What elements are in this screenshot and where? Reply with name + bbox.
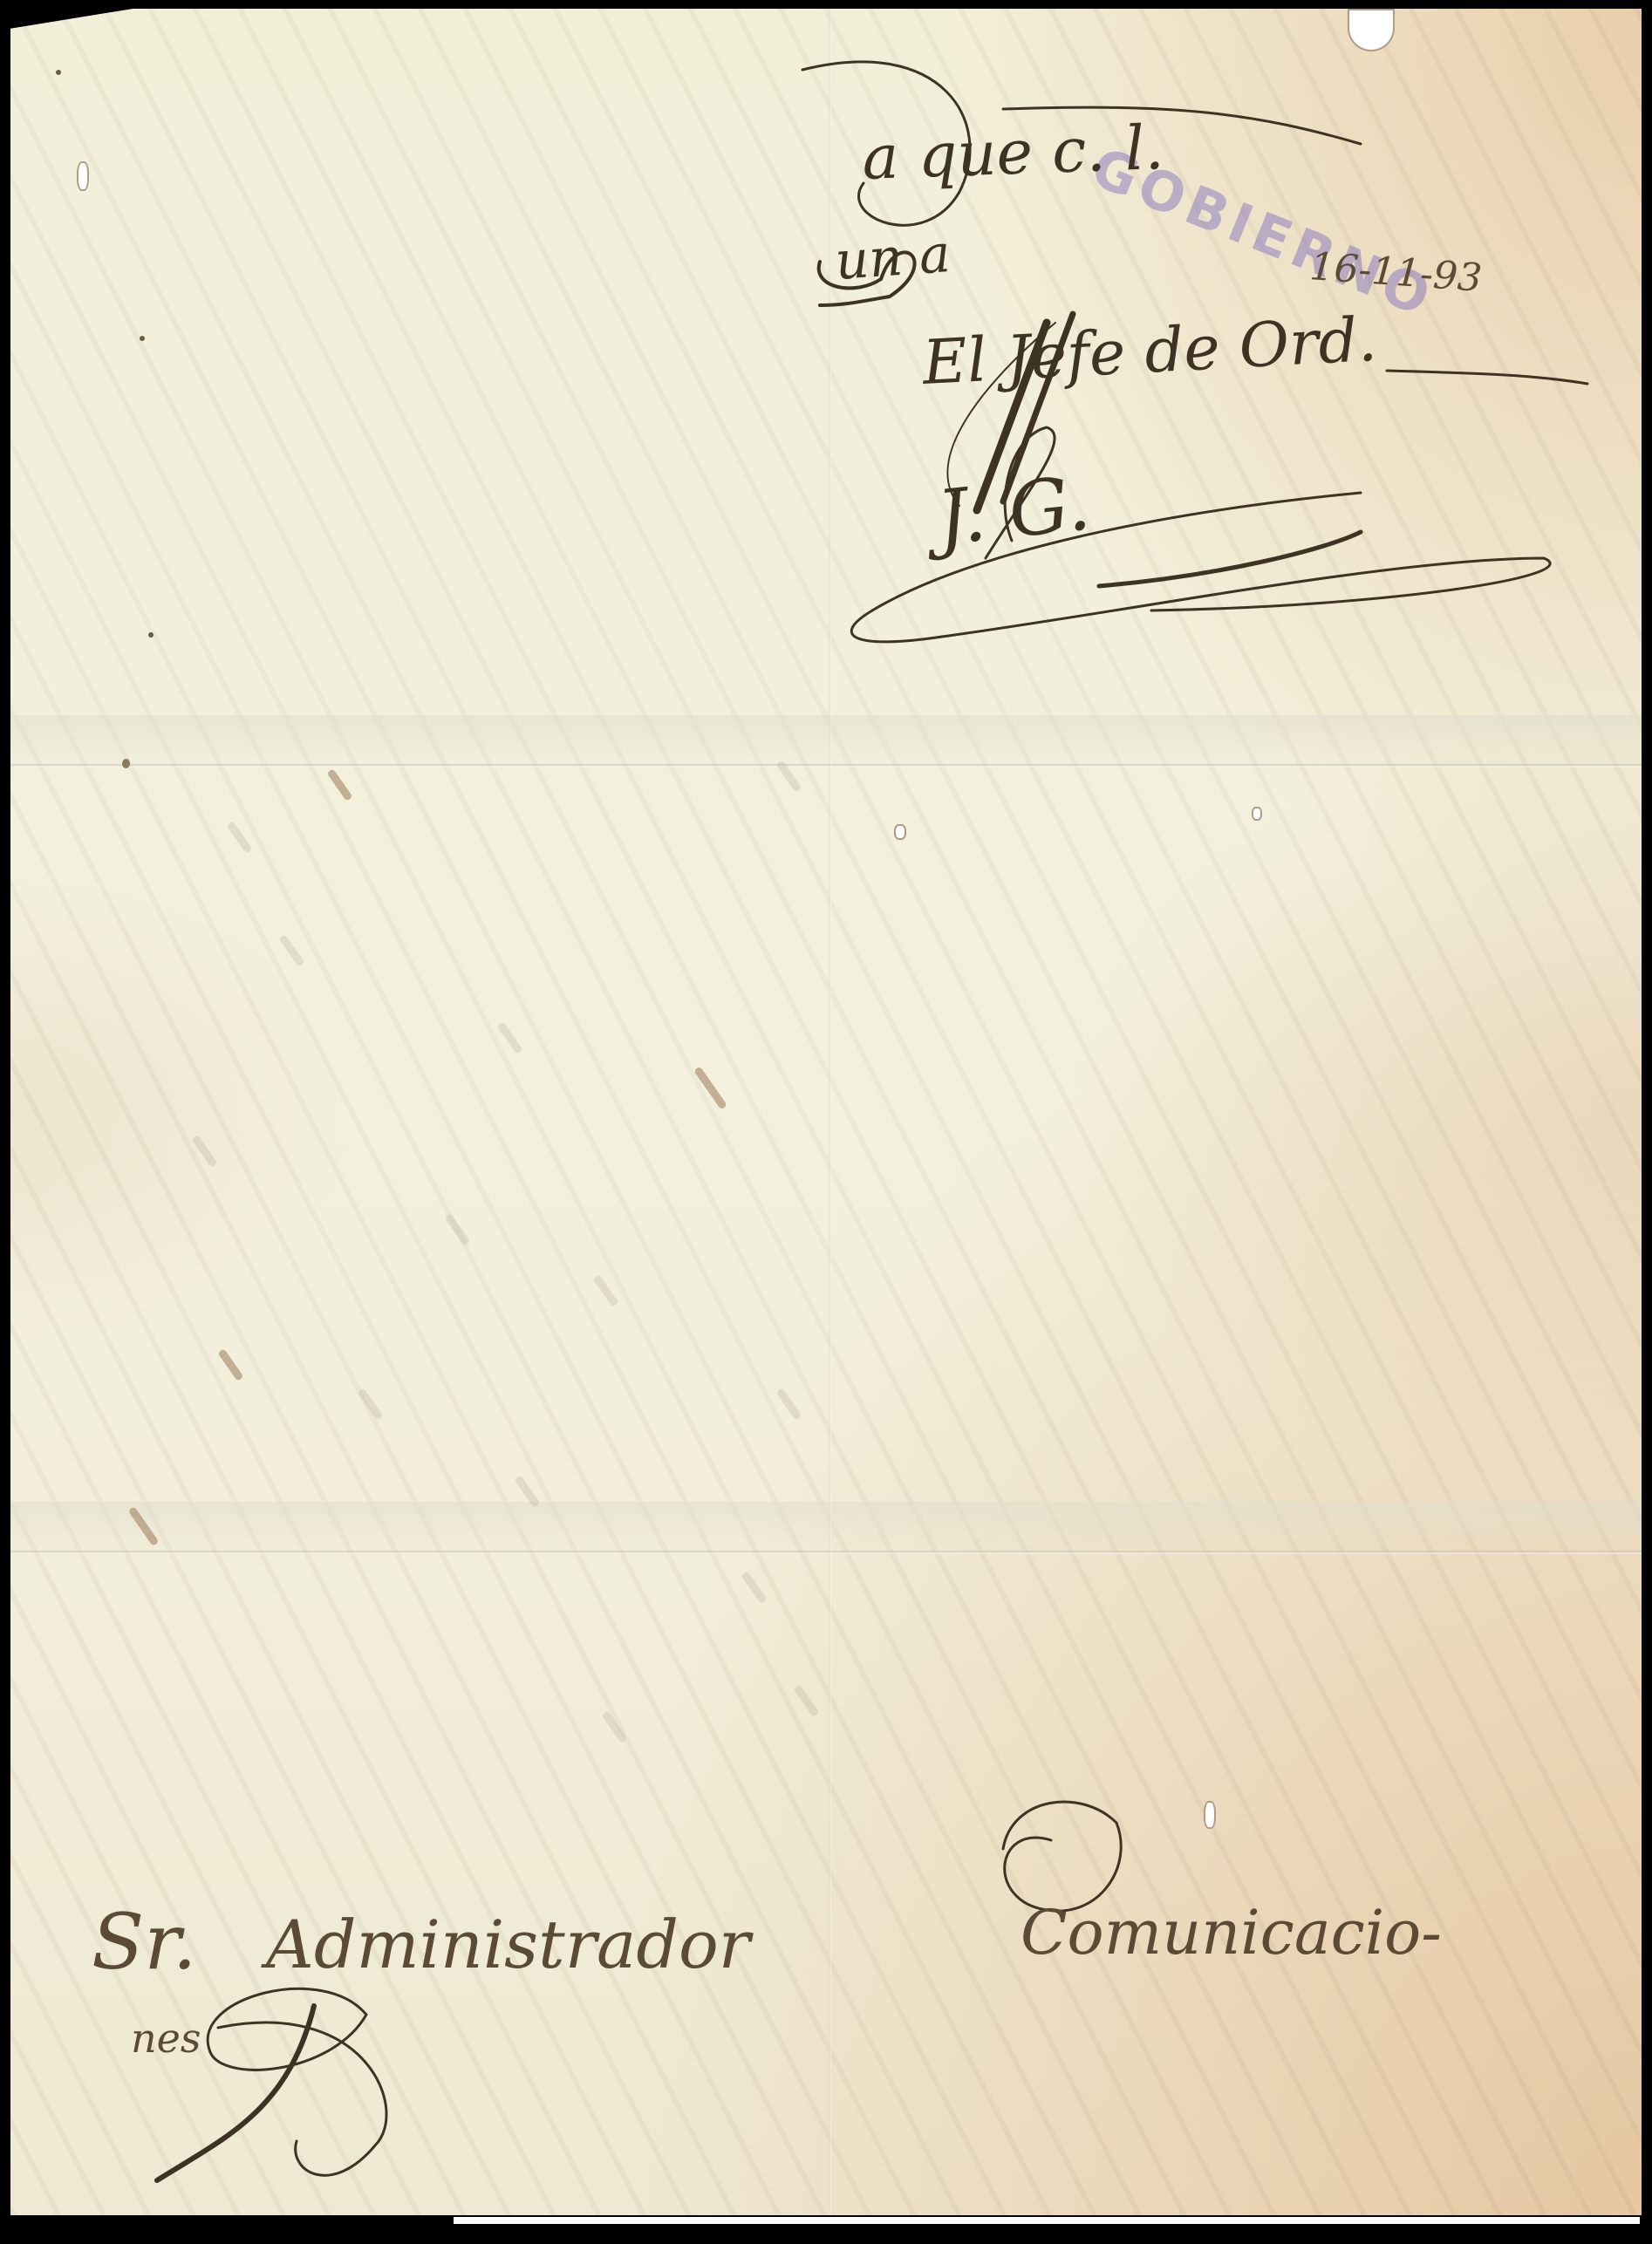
address-line-2: nes [131, 2015, 201, 2062]
address-title: Administrador [266, 1906, 750, 1983]
signature: J. G. [933, 460, 1095, 563]
endorsement-line-2: un a [833, 223, 952, 292]
address-continuation: Comunicacio- [1021, 1897, 1442, 1968]
address-salutation: Sr. [92, 1897, 197, 1987]
endorsement-line-1: a que c. l. [861, 112, 1165, 194]
